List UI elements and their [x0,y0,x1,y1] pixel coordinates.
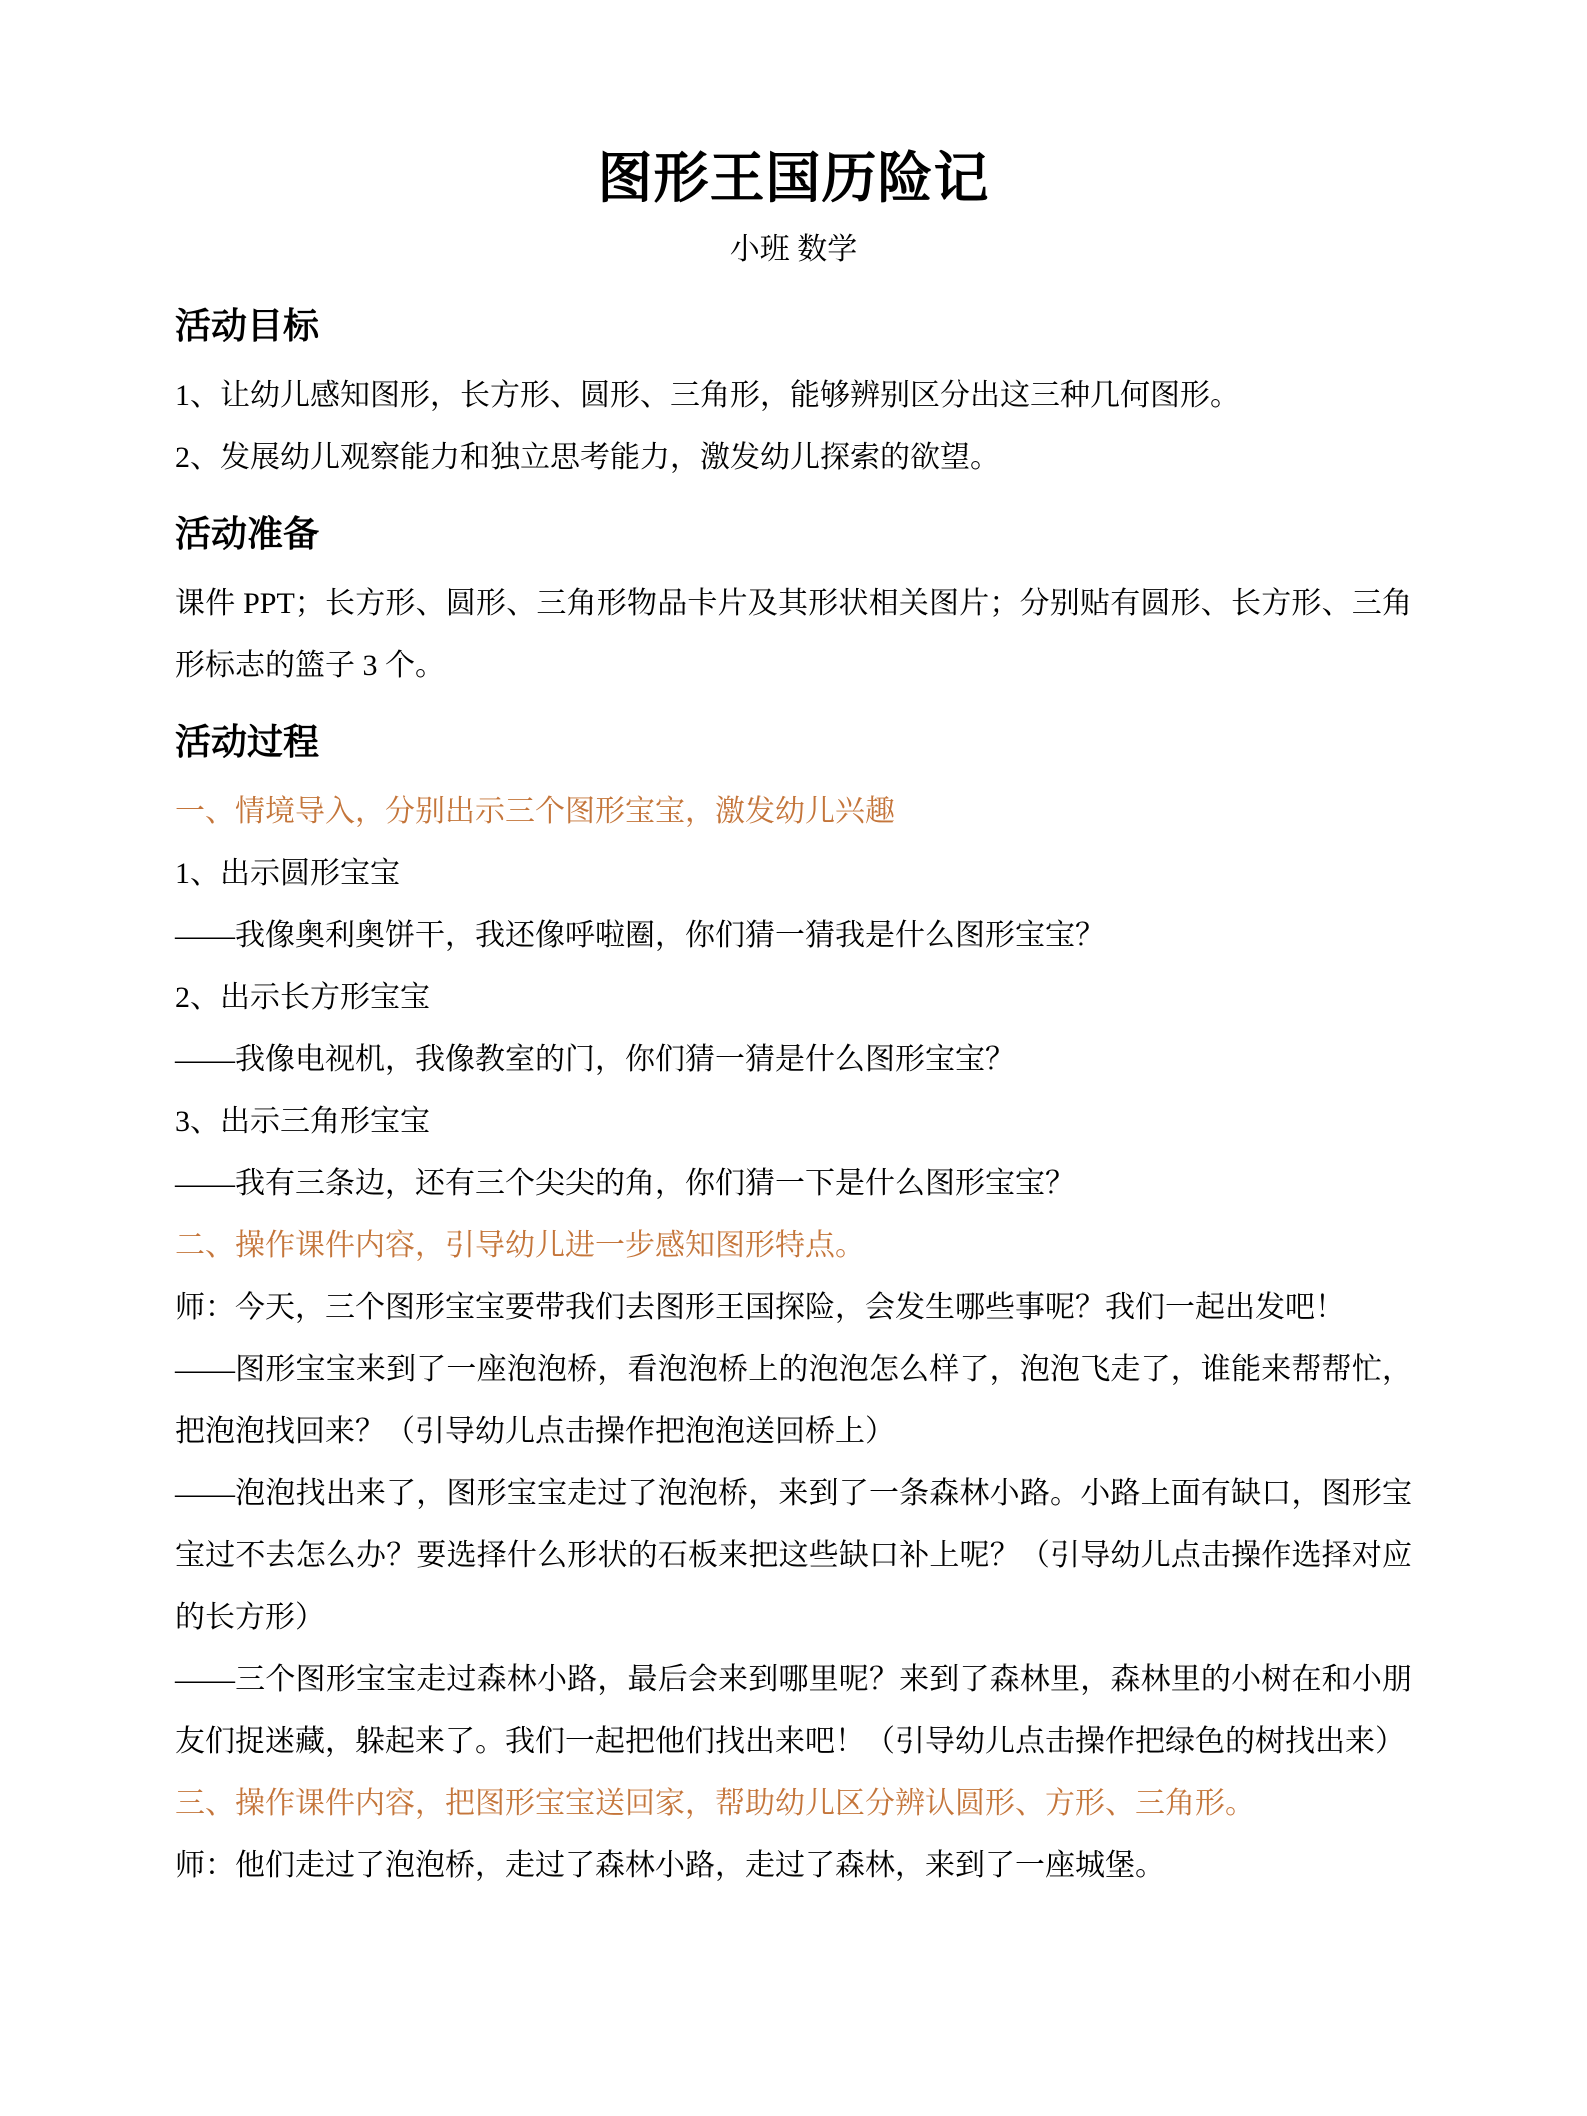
process-paragraph: 师：今天，三个图形宝宝要带我们去图形王国探险，会发生哪些事呢？我们一起出发吧！ [175,1277,1412,1339]
process-paragraph: 师：他们走过了泡泡桥，走过了森林小路，走过了森林，来到了一座城堡。 [175,1835,1412,1897]
section-heading-goals: 活动目标 [175,295,1412,357]
process-step-3-heading: 三、操作课件内容，把图形宝宝送回家，帮助幼儿区分辨认圆形、方形、三角形。 [175,1773,1412,1835]
document-title: 图形王国历险记 [175,148,1412,210]
section-heading-preparation: 活动准备 [175,503,1412,565]
document-page: 图形王国历险记 小班 数学 活动目标 1、让幼儿感知图形，长方形、圆形、三角形，… [0,0,1587,2116]
process-paragraph: ——泡泡找出来了，图形宝宝走过了泡泡桥，来到了一条森林小路。小路上面有缺口，图形… [175,1463,1412,1649]
goal-item-2: 2、发展幼儿观察能力和独立思考能力，激发幼儿探索的欲望。 [175,427,1412,489]
goal-item-1: 1、让幼儿感知图形，长方形、圆形、三角形，能够辨别区分出这三种几何图形。 [175,365,1412,427]
process-paragraph: 3、出示三角形宝宝 [175,1091,1412,1153]
process-paragraph: ——图形宝宝来到了一座泡泡桥，看泡泡桥上的泡泡怎么样了，泡泡飞走了，谁能来帮帮忙… [175,1339,1412,1463]
process-paragraph: ——我有三条边，还有三个尖尖的角，你们猜一下是什么图形宝宝？ [175,1153,1412,1215]
process-paragraph: ——三个图形宝宝走过森林小路，最后会来到哪里呢？来到了森林里，森林里的小树在和小… [175,1649,1412,1773]
process-step-2-heading: 二、操作课件内容，引导幼儿进一步感知图形特点。 [175,1215,1412,1277]
document-subtitle: 小班 数学 [175,219,1412,281]
section-heading-process: 活动过程 [175,711,1412,773]
process-paragraph: 1、出示圆形宝宝 [175,843,1412,905]
preparation-text: 课件 PPT；长方形、圆形、三角形物品卡片及其形状相关图片；分别贴有圆形、长方形… [175,573,1412,697]
process-paragraph: 2、出示长方形宝宝 [175,967,1412,1029]
process-paragraph: ——我像奥利奥饼干，我还像呼啦圈，你们猜一猜我是什么图形宝宝？ [175,905,1412,967]
process-step-1-heading: 一、情境导入，分别出示三个图形宝宝，激发幼儿兴趣 [175,781,1412,843]
process-paragraph: ——我像电视机，我像教室的门，你们猜一猜是什么图形宝宝？ [175,1029,1412,1091]
